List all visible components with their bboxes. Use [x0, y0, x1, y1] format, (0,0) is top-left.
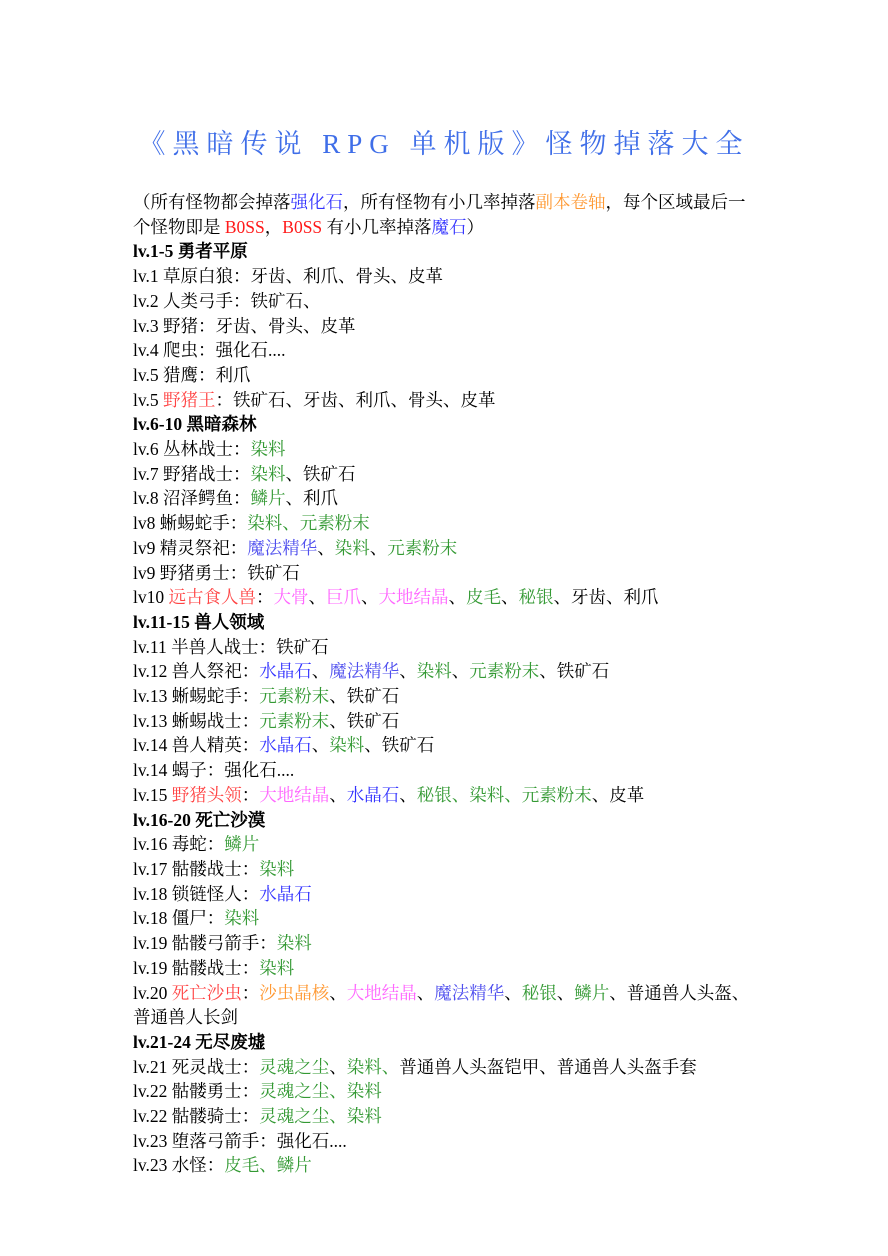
text-segment: 大地结晶 [259, 785, 329, 805]
document-content: （所有怪物都会掉落强化石，所有怪物有小几率掉落副本卷轴，每个区域最后一个怪物即是… [133, 190, 761, 1178]
text-segment: 、利爪 [285, 488, 338, 508]
text-segment: lv.2 人类弓手：铁矿石、 [133, 291, 320, 311]
drop-line: lv.5 野猪王：铁矿石、牙齿、利爪、骨头、皮革 [133, 388, 761, 413]
text-segment: 魔法精华 [247, 538, 317, 558]
text-segment: 元素粉末 [259, 686, 329, 706]
drop-line: lv.14 兽人精英：水晶石、染料、铁矿石 [133, 733, 761, 758]
drop-line: lv.11 半兽人战士：铁矿石 [133, 635, 761, 660]
text-segment: 皮毛、鳞片 [224, 1155, 312, 1175]
text-segment: 染料 [224, 908, 259, 928]
section-heading: lv.6-10 黑暗森林 [133, 412, 761, 437]
text-segment: 染料 [277, 933, 312, 953]
text-segment: lv.13 蜥蜴蛇手： [133, 686, 259, 706]
text-segment: 、 [309, 587, 327, 607]
text-segment: 水晶石 [259, 661, 312, 681]
text-segment: lv9 精灵祭祀： [133, 538, 247, 558]
text-segment: lv.5 猎鹰：利爪 [133, 365, 250, 385]
text-segment: 染料 [329, 735, 364, 755]
drop-line: lv.5 猎鹰：利爪 [133, 363, 761, 388]
text-segment: 秘银、染料、元素粉末 [417, 785, 592, 805]
text-segment: 灵魂之尘 [259, 1057, 329, 1077]
text-segment: lv.17 骷髅战士： [133, 859, 259, 879]
intro-paragraph: （所有怪物都会掉落强化石，所有怪物有小几率掉落副本卷轴，每个区域最后一个怪物即是… [133, 190, 761, 239]
text-segment: lv.7 野猪战士： [133, 464, 250, 484]
text-segment: ，所有怪物有小几率掉落 [343, 192, 536, 212]
drop-line: lv.6 丛林战士：染料 [133, 437, 761, 462]
text-segment: lv.20 [133, 983, 172, 1003]
text-segment: 染料 [250, 439, 285, 459]
text-segment: 远古食人兽 [169, 587, 257, 607]
text-segment: 魔石 [432, 217, 467, 237]
text-segment: 巨爪 [326, 587, 361, 607]
text-segment: lv.23 水怪： [133, 1155, 224, 1175]
drop-line: lv.12 兽人祭祀：水晶石、魔法精华、染料、元素粉末、铁矿石 [133, 659, 761, 684]
text-segment: lv.5 [133, 390, 163, 410]
drop-line: lv.22 骷髅骑士：灵魂之尘、染料 [133, 1104, 761, 1129]
text-segment: lv10 [133, 587, 169, 607]
text-segment: 、铁矿石 [329, 686, 399, 706]
drop-line: lv.1 草原白狼：牙齿、利爪、骨头、皮革 [133, 264, 761, 289]
text-segment: ： [242, 785, 260, 805]
text-segment: 灵魂之尘、染料 [259, 1106, 382, 1126]
text-segment: lv.19 骷髅战士： [133, 958, 259, 978]
text-segment: lv.1 草原白狼：牙齿、利爪、骨头、皮革 [133, 266, 443, 286]
drop-line: lv.14 蝎子：强化石.... [133, 758, 761, 783]
text-segment: 、 [317, 538, 335, 558]
text-segment: 野猪头领 [172, 785, 242, 805]
drop-line: lv.22 骷髅勇士：灵魂之尘、染料 [133, 1079, 761, 1104]
text-segment: 元素粉末 [259, 711, 329, 731]
text-segment: 、 [312, 661, 330, 681]
drop-line: lv.16 毒蛇：鳞片 [133, 832, 761, 857]
text-segment: lv.8 沼泽鳄鱼： [133, 488, 250, 508]
text-segment: 副本卷轴 [536, 192, 606, 212]
drop-line: lv.23 水怪：皮毛、鳞片 [133, 1153, 761, 1178]
drop-line: lv.18 锁链怪人：水晶石 [133, 882, 761, 907]
text-segment: lv.15 [133, 785, 172, 805]
text-segment: B0SS [225, 217, 265, 237]
text-segment: 染料 [250, 464, 285, 484]
text-segment: B0SS [282, 217, 322, 237]
text-segment: 、铁矿石 [364, 735, 434, 755]
document-page: 《黑暗传说 RPG 单机版》怪物掉落大全 （所有怪物都会掉落强化石，所有怪物有小… [0, 0, 888, 1256]
text-segment: 皮毛 [466, 587, 501, 607]
text-segment: lv.16 毒蛇： [133, 834, 224, 854]
text-segment: 鳞片 [250, 488, 285, 508]
drop-line: lv8 蜥蜴蛇手：染料、元素粉末 [133, 511, 761, 536]
text-segment: lv8 蜥蜴蛇手： [133, 513, 247, 533]
text-segment: 灵魂之尘、染料 [259, 1081, 382, 1101]
sections-container: lv.1-5 勇者平原lv.1 草原白狼：牙齿、利爪、骨头、皮革lv.2 人类弓… [133, 239, 761, 1178]
text-segment: 、皮革 [592, 785, 645, 805]
drop-line: lv.3 野猪：牙齿、骨头、皮革 [133, 314, 761, 339]
drop-line: lv.20 死亡沙虫：沙虫晶核、大地结晶、魔法精华、秘银、鳞片、普通兽人头盔、普… [133, 981, 761, 1030]
text-segment: 秘银 [522, 983, 557, 1003]
text-segment: 有小几率掉落 [322, 217, 431, 237]
text-segment: 大地结晶 [347, 983, 417, 1003]
text-segment: 沙虫晶核 [259, 983, 329, 1003]
text-segment: 野猪王 [163, 390, 216, 410]
page-title: 《黑暗传说 RPG 单机版》怪物掉落大全 [0, 0, 888, 162]
text-segment: lv9 野猪勇士：铁矿石 [133, 563, 300, 583]
section-heading: lv.11-15 兽人领域 [133, 610, 761, 635]
text-segment: 、 [417, 983, 435, 1003]
text-segment: 元素粉末 [387, 538, 457, 558]
text-segment: ：铁矿石、牙齿、利爪、骨头、皮革 [215, 390, 495, 410]
drop-line: lv.19 骷髅弓箭手：染料 [133, 931, 761, 956]
text-segment: ， [265, 217, 283, 237]
text-segment: （所有怪物都会掉落 [133, 192, 291, 212]
drop-line: lv.23 堕落弓箭手：强化石.... [133, 1129, 761, 1154]
drop-line: lv9 精灵祭祀：魔法精华、染料、元素粉末 [133, 536, 761, 561]
text-segment: ： [256, 587, 274, 607]
text-segment: 普通兽人头盔铠甲、普通兽人头盔手套 [399, 1057, 697, 1077]
text-segment: lv.14 蝎子：强化石.... [133, 760, 294, 780]
text-segment: 强化石 [291, 192, 344, 212]
text-segment: 大骨 [274, 587, 309, 607]
text-segment: 鳞片 [574, 983, 609, 1003]
text-segment: 染料、 [347, 1057, 400, 1077]
text-segment: lv.11 半兽人战士：铁矿石 [133, 637, 329, 657]
text-segment: 、 [557, 983, 575, 1003]
text-segment: lv.22 骷髅骑士： [133, 1106, 259, 1126]
text-segment: 、 [501, 587, 519, 607]
text-segment: 、牙齿、利爪 [554, 587, 659, 607]
text-segment: 染料 [259, 859, 294, 879]
text-segment: 染料 [259, 958, 294, 978]
drop-line: lv.19 骷髅战士：染料 [133, 956, 761, 981]
drop-line: lv.13 蜥蜴蛇手：元素粉末、铁矿石 [133, 684, 761, 709]
text-segment: 死亡沙虫 [172, 983, 242, 1003]
drop-line: lv.7 野猪战士：染料、铁矿石 [133, 462, 761, 487]
text-segment: 、 [399, 785, 417, 805]
text-segment: 鳞片 [224, 834, 259, 854]
text-segment: 、铁矿石 [285, 464, 355, 484]
text-segment: lv.4 爬虫：强化石.... [133, 340, 285, 360]
text-segment: 、 [449, 587, 467, 607]
section-heading: lv.16-20 死亡沙漠 [133, 808, 761, 833]
text-segment: lv.18 锁链怪人： [133, 884, 259, 904]
text-segment: lv.3 野猪：牙齿、骨头、皮革 [133, 316, 355, 336]
drop-line: lv.13 蜥蜴战士：元素粉末、铁矿石 [133, 709, 761, 734]
text-segment: 、 [452, 661, 470, 681]
text-segment: 水晶石 [347, 785, 400, 805]
text-segment: 大地结晶 [379, 587, 449, 607]
text-segment: 魔法精华 [329, 661, 399, 681]
text-segment: 染料 [335, 538, 370, 558]
text-segment: 、 [312, 735, 330, 755]
text-segment: 、铁矿石 [329, 711, 399, 731]
section-heading: lv.1-5 勇者平原 [133, 239, 761, 264]
drop-line: lv.21 死灵战士：灵魂之尘、染料、普通兽人头盔铠甲、普通兽人头盔手套 [133, 1055, 761, 1080]
drop-line: lv.2 人类弓手：铁矿石、 [133, 289, 761, 314]
text-segment: 、铁矿石 [539, 661, 609, 681]
text-segment: 秘银 [519, 587, 554, 607]
text-segment: 、 [504, 983, 522, 1003]
text-segment: 染料、元素粉末 [247, 513, 370, 533]
text-segment: lv.6 丛林战士： [133, 439, 250, 459]
text-segment: 、 [329, 1057, 347, 1077]
text-segment: 、 [370, 538, 388, 558]
text-segment: 、 [361, 587, 379, 607]
text-segment: 、 [399, 661, 417, 681]
text-segment: ） [467, 217, 485, 237]
text-segment: ： [242, 983, 260, 1003]
text-segment: lv.22 骷髅勇士： [133, 1081, 259, 1101]
drop-line: lv.17 骷髅战士：染料 [133, 857, 761, 882]
text-segment: 、 [329, 983, 347, 1003]
text-segment: lv.19 骷髅弓箭手： [133, 933, 277, 953]
drop-line: lv.8 沼泽鳄鱼：鳞片、利爪 [133, 486, 761, 511]
text-segment: 水晶石 [259, 884, 312, 904]
drop-line: lv9 野猪勇士：铁矿石 [133, 561, 761, 586]
text-segment: 元素粉末 [469, 661, 539, 681]
drop-line: lv.18 僵尸：染料 [133, 906, 761, 931]
text-segment: lv.13 蜥蜴战士： [133, 711, 259, 731]
text-segment: 水晶石 [259, 735, 312, 755]
text-segment: lv.23 堕落弓箭手：强化石.... [133, 1131, 347, 1151]
text-segment: 、 [329, 785, 347, 805]
section-heading: lv.21-24 无尽废墟 [133, 1030, 761, 1055]
text-segment: lv.14 兽人精英： [133, 735, 259, 755]
text-segment: lv.12 兽人祭祀： [133, 661, 259, 681]
drop-line: lv.4 爬虫：强化石.... [133, 338, 761, 363]
drop-line: lv.15 野猪头领：大地结晶、水晶石、秘银、染料、元素粉末、皮革 [133, 783, 761, 808]
drop-line: lv10 远古食人兽：大骨、巨爪、大地结晶、皮毛、秘银、牙齿、利爪 [133, 585, 761, 610]
text-segment: lv.21 死灵战士： [133, 1057, 259, 1077]
text-segment: lv.18 僵尸： [133, 908, 224, 928]
text-segment: 染料 [417, 661, 452, 681]
text-segment: 魔法精华 [434, 983, 504, 1003]
